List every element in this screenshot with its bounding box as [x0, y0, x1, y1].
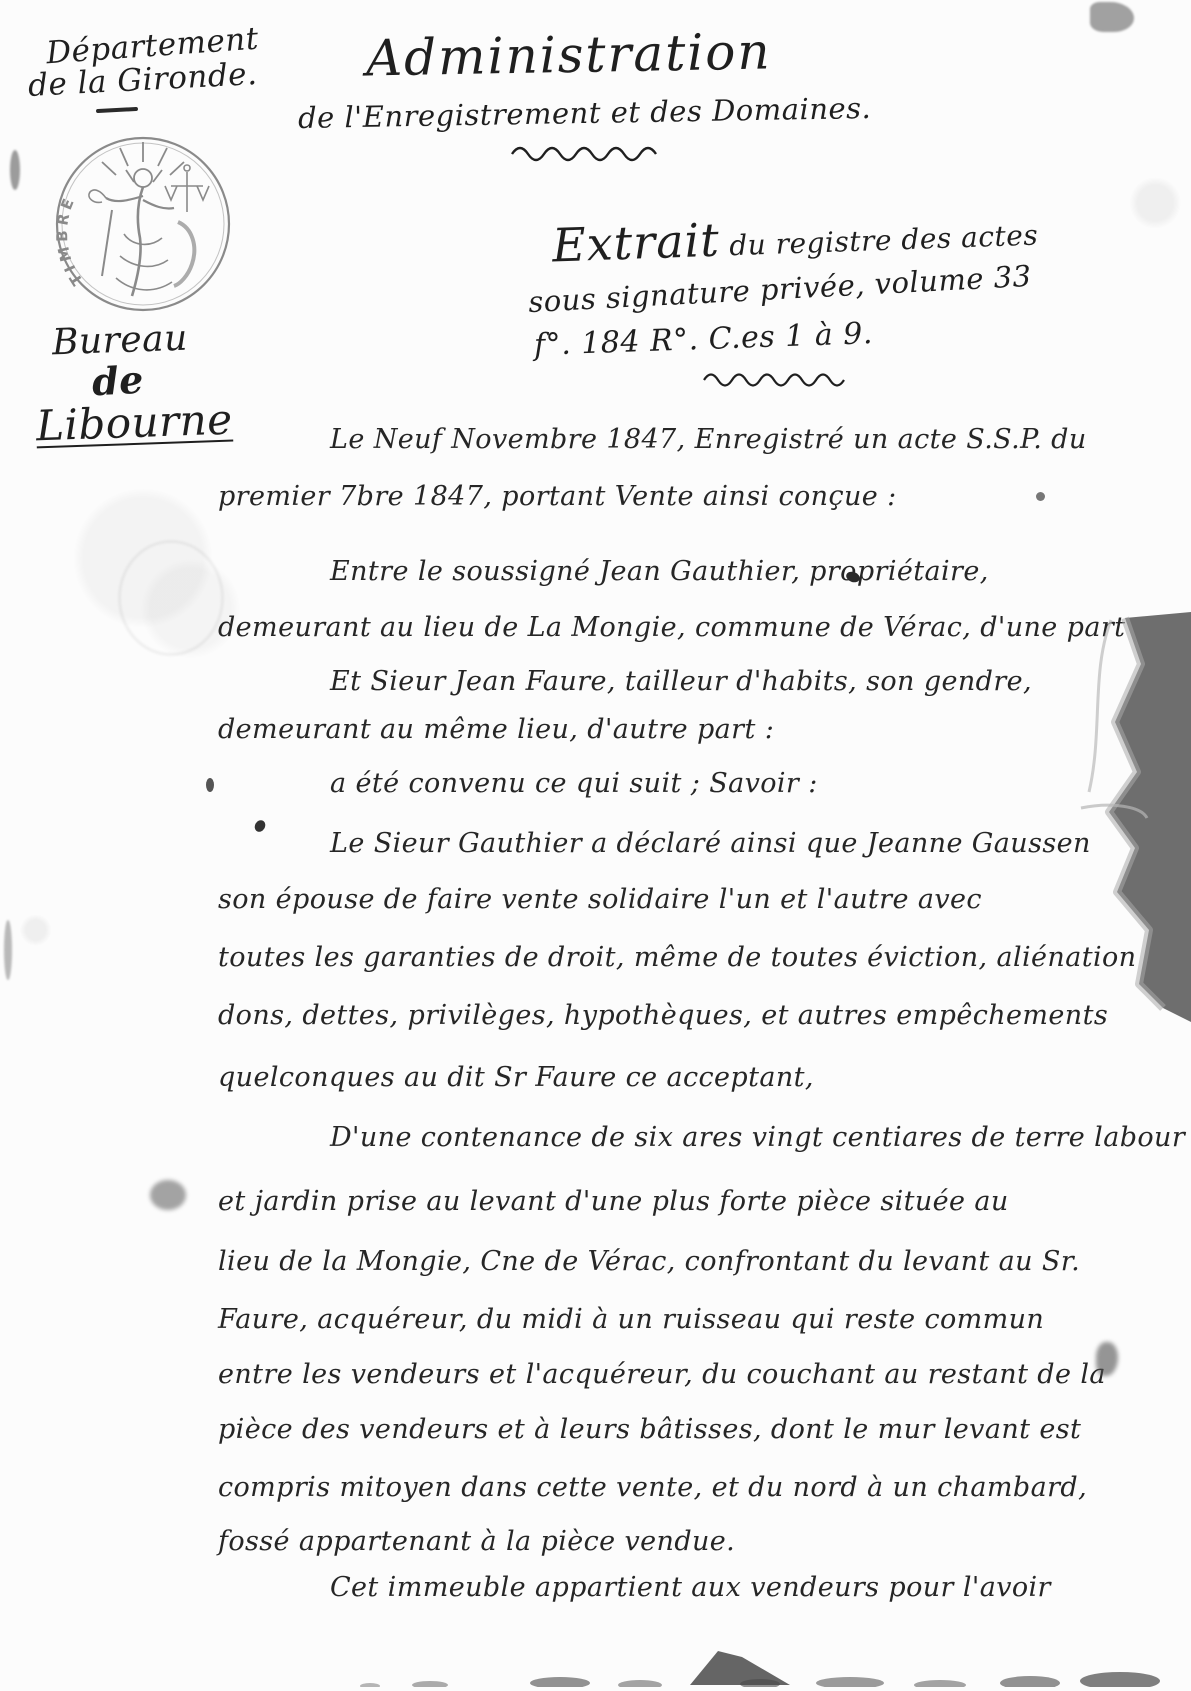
body-line: Le Sieur Gauthier a déclaré ainsi que Je… [218, 828, 1091, 859]
body-line: lieu de la Mongie, Cne de Vérac, confron… [218, 1246, 1080, 1277]
stain-spot [206, 778, 214, 792]
body-line: fossé appartenant à la pièce vendue. [218, 1526, 735, 1557]
timbre-stamp-seal: TIMBRE [50, 126, 236, 326]
body-line: Le Neuf Novembre 1847, Enregistré un act… [218, 424, 1087, 455]
stain-spot [1036, 492, 1045, 501]
body-line: compris mitoyen dans cette vente, et du … [218, 1472, 1087, 1503]
bureau-label-line1: Bureau [51, 318, 188, 364]
edge-mark [10, 150, 20, 190]
bottom-edge-smudge [0, 1641, 1191, 1691]
bureau-label-line3: Libourne [35, 395, 233, 451]
body-line: demeurant au même lieu, d'autre part : [218, 714, 774, 745]
body-line: Faure, acquéreur, du midi à un ruisseau … [218, 1304, 1044, 1335]
body-line: D'une contenance de six ares vingt centi… [218, 1122, 1185, 1153]
edge-mark [4, 920, 12, 980]
scanned-document-page: Département de la Gironde. [0, 0, 1191, 1691]
underline-dash [96, 107, 138, 113]
body-line: entre les vendeurs et l'acquéreur, du co… [218, 1359, 1106, 1390]
body-line: pièce des vendeurs et à leurs bâtisses, … [218, 1414, 1081, 1445]
body-line: son épouse de faire vente solidaire l'un… [218, 884, 982, 915]
document-body: Le Neuf Novembre 1847, Enregistré un act… [218, 0, 1148, 1691]
body-line: dons, dettes, privilèges, hypothèques, e… [218, 1000, 1108, 1031]
stain-spot [1090, 2, 1134, 32]
body-line: premier 7bre 1847, portant Vente ainsi c… [218, 481, 897, 512]
body-line: demeurant au lieu de La Mongie, commune … [218, 612, 1125, 643]
body-line: Entre le soussigné Jean Gauthier, propri… [218, 556, 989, 587]
body-line: et jardin prise au levant d'une plus for… [218, 1186, 1009, 1217]
body-line: Et Sieur Jean Faure, tailleur d'habits, … [218, 666, 1032, 697]
body-line: a été convenu ce qui suit ; Savoir : [218, 768, 818, 799]
faint-ring-stain [118, 540, 224, 656]
body-line: Cet immeuble appartient aux vendeurs pou… [218, 1572, 1051, 1603]
torn-page-edge [1051, 612, 1191, 1026]
body-line: quelconques au dit Sr Faure ce acceptant… [218, 1062, 814, 1093]
body-line: toutes les garanties de droit, même de t… [218, 942, 1136, 973]
stain-spot [150, 1180, 186, 1210]
